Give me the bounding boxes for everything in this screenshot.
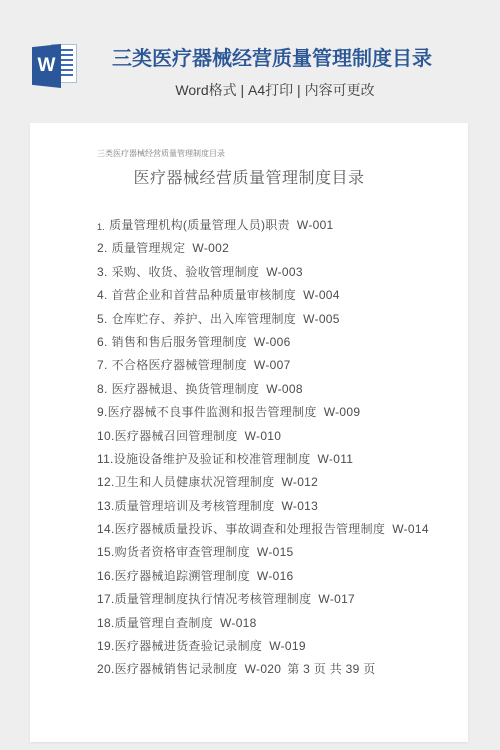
toc-item: 15.购货者资格审查管理制度W-015	[97, 541, 429, 564]
toc-item-text: 质量管理机构(质量管理人员)职责	[109, 218, 290, 232]
toc-item-number: 10.	[97, 429, 115, 443]
toc-item-number: 1.	[97, 222, 105, 232]
toc-item-number: 4.	[97, 288, 108, 302]
toc-item-number: 13.	[97, 499, 115, 513]
word-icon-letter: W	[38, 56, 56, 75]
toc-item-code: W-015	[257, 545, 294, 559]
toc-item-text: 不合格医疗器械管理制度	[112, 358, 247, 372]
toc-item-text: 医疗器械召回管理制度	[115, 429, 238, 443]
toc-item-number: 11.	[97, 452, 114, 466]
toc-item-code: W-016	[257, 569, 294, 583]
toc-item-code: W-010	[245, 429, 282, 443]
toc-item-number: 18.	[97, 616, 115, 630]
toc-item-code: W-001	[297, 218, 334, 232]
toc-item-text: 医疗器械退、换货管理制度	[112, 382, 260, 396]
toc-item-number: 12.	[97, 475, 115, 489]
toc-item-number: 8.	[97, 382, 108, 396]
toc-item-text: 首营企业和首营品种质量审核制度	[112, 288, 297, 302]
toc-item-code: W-018	[220, 616, 257, 630]
toc-item-text: 医疗器械销售记录制度	[115, 662, 238, 676]
promo-header: W 三类医疗器械经营质量管理制度目录 Word格式 | A4打印 | 内容可更改	[0, 0, 500, 123]
toc-item-text: 质量管理制度执行情况考核管理制度	[115, 592, 312, 606]
toc-item-code: W-007	[254, 358, 291, 372]
toc-item-code: W-014	[392, 522, 429, 536]
toc-list: 1.质量管理机构(质量管理人员)职责W-001 2.质量管理规定W-002 3.…	[97, 214, 429, 682]
toc-item-text: 质量管理规定	[112, 241, 186, 255]
toc-item: 11.设施设备维护及验证和校准管理制度W-011	[97, 448, 429, 471]
toc-item: 12.卫生和人员健康状况管理制度W-012	[97, 471, 429, 494]
toc-item-text: 质量管理培训及考核管理制度	[115, 499, 275, 513]
toc-item: 4.首营企业和首营品种质量审核制度W-004	[97, 284, 429, 307]
toc-item-number: 3.	[97, 265, 108, 279]
toc-item-number: 6.	[97, 335, 108, 349]
toc-item-code: W-011	[318, 452, 354, 466]
word-icon-cover: W	[32, 44, 61, 88]
toc-item-text: 医疗器械不良事件监测和报告管理制度	[108, 405, 317, 419]
toc-item: 17.质量管理制度执行情况考核管理制度W-017	[97, 588, 429, 611]
toc-item-text: 设施设备维护及验证和校准管理制度	[114, 452, 311, 466]
toc-item-text: 医疗器械追踪溯管理制度	[115, 569, 250, 583]
toc-item-number: 2.	[97, 241, 108, 255]
toc-item-code: W-009	[324, 405, 361, 419]
toc-item: 5.仓库贮存、养护、出入库管理制度W-005	[97, 308, 429, 331]
toc-item: 13.质量管理培训及考核管理制度W-013	[97, 495, 429, 518]
toc-item-code: W-004	[303, 288, 340, 302]
toc-item-number: 9.	[97, 405, 108, 419]
toc-item-number: 14.	[97, 522, 115, 536]
toc-item: 10.医疗器械召回管理制度W-010	[97, 425, 429, 448]
toc-item: 16.医疗器械追踪溯管理制度W-016	[97, 565, 429, 588]
toc-item-text: 卫生和人员健康状况管理制度	[115, 475, 275, 489]
toc-item-text: 质量管理自查制度	[115, 616, 213, 630]
toc-item-number: 7.	[97, 358, 108, 372]
toc-item-number: 16.	[97, 569, 115, 583]
toc-item-code: W-020	[245, 662, 282, 676]
toc-item-number: 5.	[97, 312, 108, 326]
toc-item-text: 销售和售后服务管理制度	[112, 335, 247, 349]
toc-item-code: W-019	[269, 639, 306, 653]
doc-title: 医疗器械经营质量管理制度目录	[30, 165, 468, 188]
toc-item: 20.医疗器械销售记录制度W-020第 3 页 共 39 页	[97, 658, 429, 681]
toc-item-text: 采购、收货、验收管理制度	[112, 265, 260, 279]
toc-item-number: 19.	[97, 639, 115, 653]
toc-item-text: 医疗器械进货查验记录制度	[115, 639, 263, 653]
document-page: 三类医疗器械经营质量管理制度目录 医疗器械经营质量管理制度目录 1.质量管理机构…	[30, 123, 468, 742]
toc-item: 8.医疗器械退、换货管理制度W-008	[97, 378, 429, 401]
toc-item-text: 购货者资格审查管理制度	[115, 545, 250, 559]
doc-running-header: 三类医疗器械经营质量管理制度目录	[97, 148, 225, 159]
toc-item-code: W-012	[282, 475, 319, 489]
toc-item-text: 医疗器械质量投诉、事故调查和处理报告管理制度	[115, 522, 386, 536]
toc-item-code: W-017	[318, 592, 355, 606]
toc-item-number: 15.	[97, 545, 115, 559]
toc-item-code: W-013	[282, 499, 319, 513]
page-title: 三类医疗器械经营质量管理制度目录	[112, 47, 432, 71]
toc-item: 3.采购、收货、验收管理制度W-003	[97, 261, 429, 284]
toc-item-code: W-008	[266, 382, 303, 396]
toc-item-number: 17.	[97, 592, 115, 606]
toc-item: 1.质量管理机构(质量管理人员)职责W-001	[97, 214, 429, 237]
toc-item-code: W-002	[192, 241, 229, 255]
toc-item: 9.医疗器械不良事件监测和报告管理制度W-009	[97, 401, 429, 424]
page-footer-indicator: 第 3 页 共 39 页	[287, 662, 375, 676]
toc-item-number: 20.	[97, 662, 115, 676]
toc-item-code: W-006	[254, 335, 291, 349]
toc-item: 2.质量管理规定W-002	[97, 237, 429, 260]
toc-item-code: W-005	[303, 312, 340, 326]
toc-item: 14.医疗器械质量投诉、事故调查和处理报告管理制度W-014	[97, 518, 429, 541]
toc-item-text: 仓库贮存、养护、出入库管理制度	[112, 312, 297, 326]
toc-item: 6.销售和售后服务管理制度W-006	[97, 331, 429, 354]
toc-item: 19.医疗器械进货查验记录制度W-019	[97, 635, 429, 658]
toc-item: 18.质量管理自查制度W-018	[97, 612, 429, 635]
toc-item-code: W-003	[266, 265, 303, 279]
toc-item: 7.不合格医疗器械管理制度W-007	[97, 354, 429, 377]
page-subtitle: Word格式 | A4打印 | 内容可更改	[110, 80, 440, 100]
word-file-icon: W	[32, 42, 80, 90]
